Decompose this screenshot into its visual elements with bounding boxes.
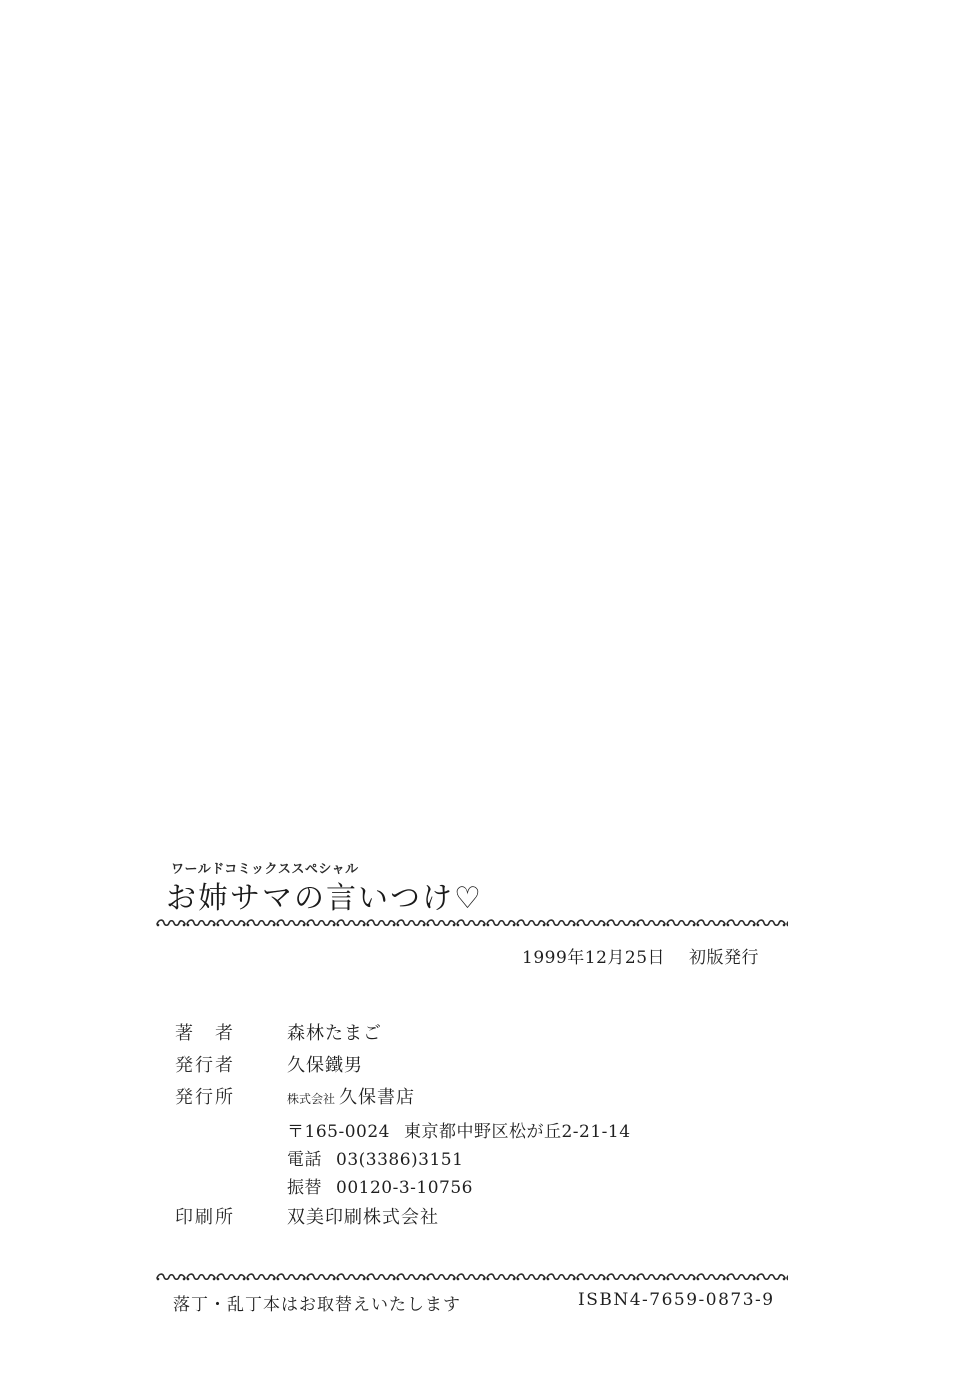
address-line: 〒165-0024東京都中野区松が丘2-21-14	[287, 1117, 631, 1142]
phone-number: 03(3386)3151	[336, 1150, 463, 1170]
ornament-border-icon	[156, 916, 788, 930]
phone-line: 電話03(3386)3151	[287, 1145, 463, 1170]
book-title: お姉サマの言いつけ♡	[166, 873, 483, 917]
replacement-notice: 落丁・乱丁本はお取替えいたします	[173, 1290, 461, 1315]
publication-date: 1999年12月25日	[522, 948, 665, 968]
credit-label-publisher-person: 発行者	[175, 1051, 235, 1077]
company-name: 久保書店	[339, 1087, 415, 1108]
company-prefix: 株式会社	[287, 1092, 335, 1106]
transfer-account: 00120-3-10756	[336, 1178, 473, 1198]
transfer-label: 振替	[287, 1178, 322, 1198]
printer-label: 印刷所	[175, 1203, 235, 1229]
credit-value-author: 森林たまご	[287, 1019, 382, 1045]
ornament-border-icon	[156, 1270, 788, 1284]
transfer-line: 振替00120-3-10756	[287, 1173, 473, 1198]
isbn: ISBN4-7659-0873-9	[578, 1290, 775, 1310]
publication-line: 1999年12月25日初版発行	[522, 943, 759, 968]
credit-label-publisher-company: 発行所	[175, 1083, 235, 1109]
postal-code: 〒165-0024	[287, 1122, 390, 1142]
credit-label-author: 著 者	[175, 1019, 235, 1045]
credit-value-publisher-person: 久保鐵男	[287, 1051, 363, 1077]
printer-value: 双美印刷株式会社	[287, 1203, 439, 1229]
phone-label: 電話	[287, 1150, 322, 1170]
street-address: 東京都中野区松が丘2-21-14	[404, 1122, 631, 1142]
credit-value-publisher-company: 株式会社久保書店	[287, 1083, 415, 1109]
publication-edition: 初版発行	[689, 948, 759, 968]
